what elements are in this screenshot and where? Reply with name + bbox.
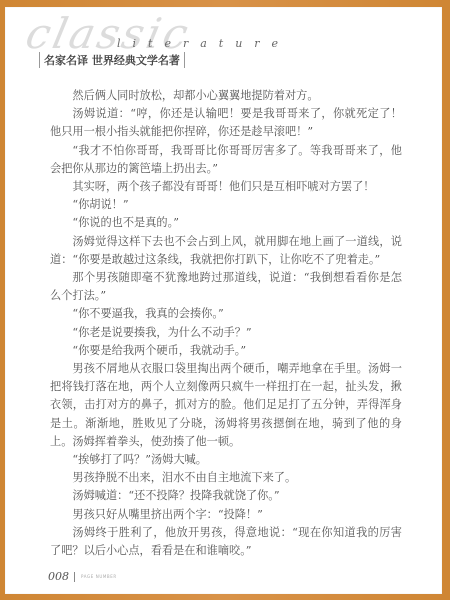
paragraph: 汤姆觉得这样下去也不会占到上风，就用脚在地上画了一道线，说道：“你要是敢越过这条… xyxy=(50,233,402,269)
paragraph: 然后俩人同时放松，却都小心翼翼地提防着对方。 xyxy=(50,87,402,105)
paragraph: 其实呀，两个孩子都没有哥哥！他们只是互相吓唬对方罢了！ xyxy=(50,178,402,196)
paragraph: 男孩不屑地从衣服口袋里掏出两个硬币，嘲弄地拿在手里。汤姆一把将钱打落在地，两个人… xyxy=(50,360,402,451)
paragraph: 那个男孩随即毫不犹豫地跨过那道线，说道：“我倒想看看你是怎么个打法。” xyxy=(50,269,402,305)
paragraph: 男孩只好从嘴里挤出两个字：“投降！” xyxy=(50,506,402,524)
paragraph: “我才不怕你哥哥，我哥哥比你哥哥厉害多了。等我哥哥来了，他会把你从那边的篱笆墙上… xyxy=(50,142,402,178)
paragraph: “你老是说要揍我，为什么不动手？” xyxy=(50,324,402,342)
book-frame: classic literature 名家名译 世界经典文学名著 然后俩人同时放… xyxy=(0,0,450,600)
page-number: 008 xyxy=(48,570,69,583)
paragraph: “你不要逼我，我真的会揍你。” xyxy=(50,305,402,323)
paragraph: “你要是给我两个硬币，我就动手。” xyxy=(50,342,402,360)
paragraph: 汤姆终于胜利了，他放开男孩，得意地说：“现在你知道我的厉害了吧？以后小心点，看看… xyxy=(50,524,402,560)
paragraph: 男孩挣脱不出来，泪水不由自主地流下来了。 xyxy=(50,469,402,487)
series-label: 名家名译 世界经典文学名著 xyxy=(39,52,185,68)
page-header: classic literature 名家名译 世界经典文学名著 xyxy=(5,7,442,77)
book-page: classic literature 名家名译 世界经典文学名著 然后俩人同时放… xyxy=(5,7,442,594)
page-footer: 008 PAGE NUMBER xyxy=(48,570,117,583)
paragraph: 汤姆说道：“哼，你还是认输吧！要是我哥哥来了，你就死定了！他只用一根小指头就能把… xyxy=(50,105,402,141)
footer-label: PAGE NUMBER xyxy=(81,574,117,579)
paragraph: “你说的也不是真的。” xyxy=(50,214,402,232)
paragraph: 汤姆喊道：“还不投降？投降我就饶了你。” xyxy=(50,487,402,505)
footer-divider xyxy=(74,572,75,582)
paragraph: “你胡说！” xyxy=(50,196,402,214)
paragraph: “挨够打了吗？”汤姆大喊。 xyxy=(50,451,402,469)
body-text: 然后俩人同时放松，却都小心翼翼地提防着对方。 汤姆说道：“哼，你还是认输吧！要是… xyxy=(50,87,402,560)
decorative-classic-word: classic xyxy=(22,9,195,58)
decorative-literature-word: literature xyxy=(117,37,290,50)
